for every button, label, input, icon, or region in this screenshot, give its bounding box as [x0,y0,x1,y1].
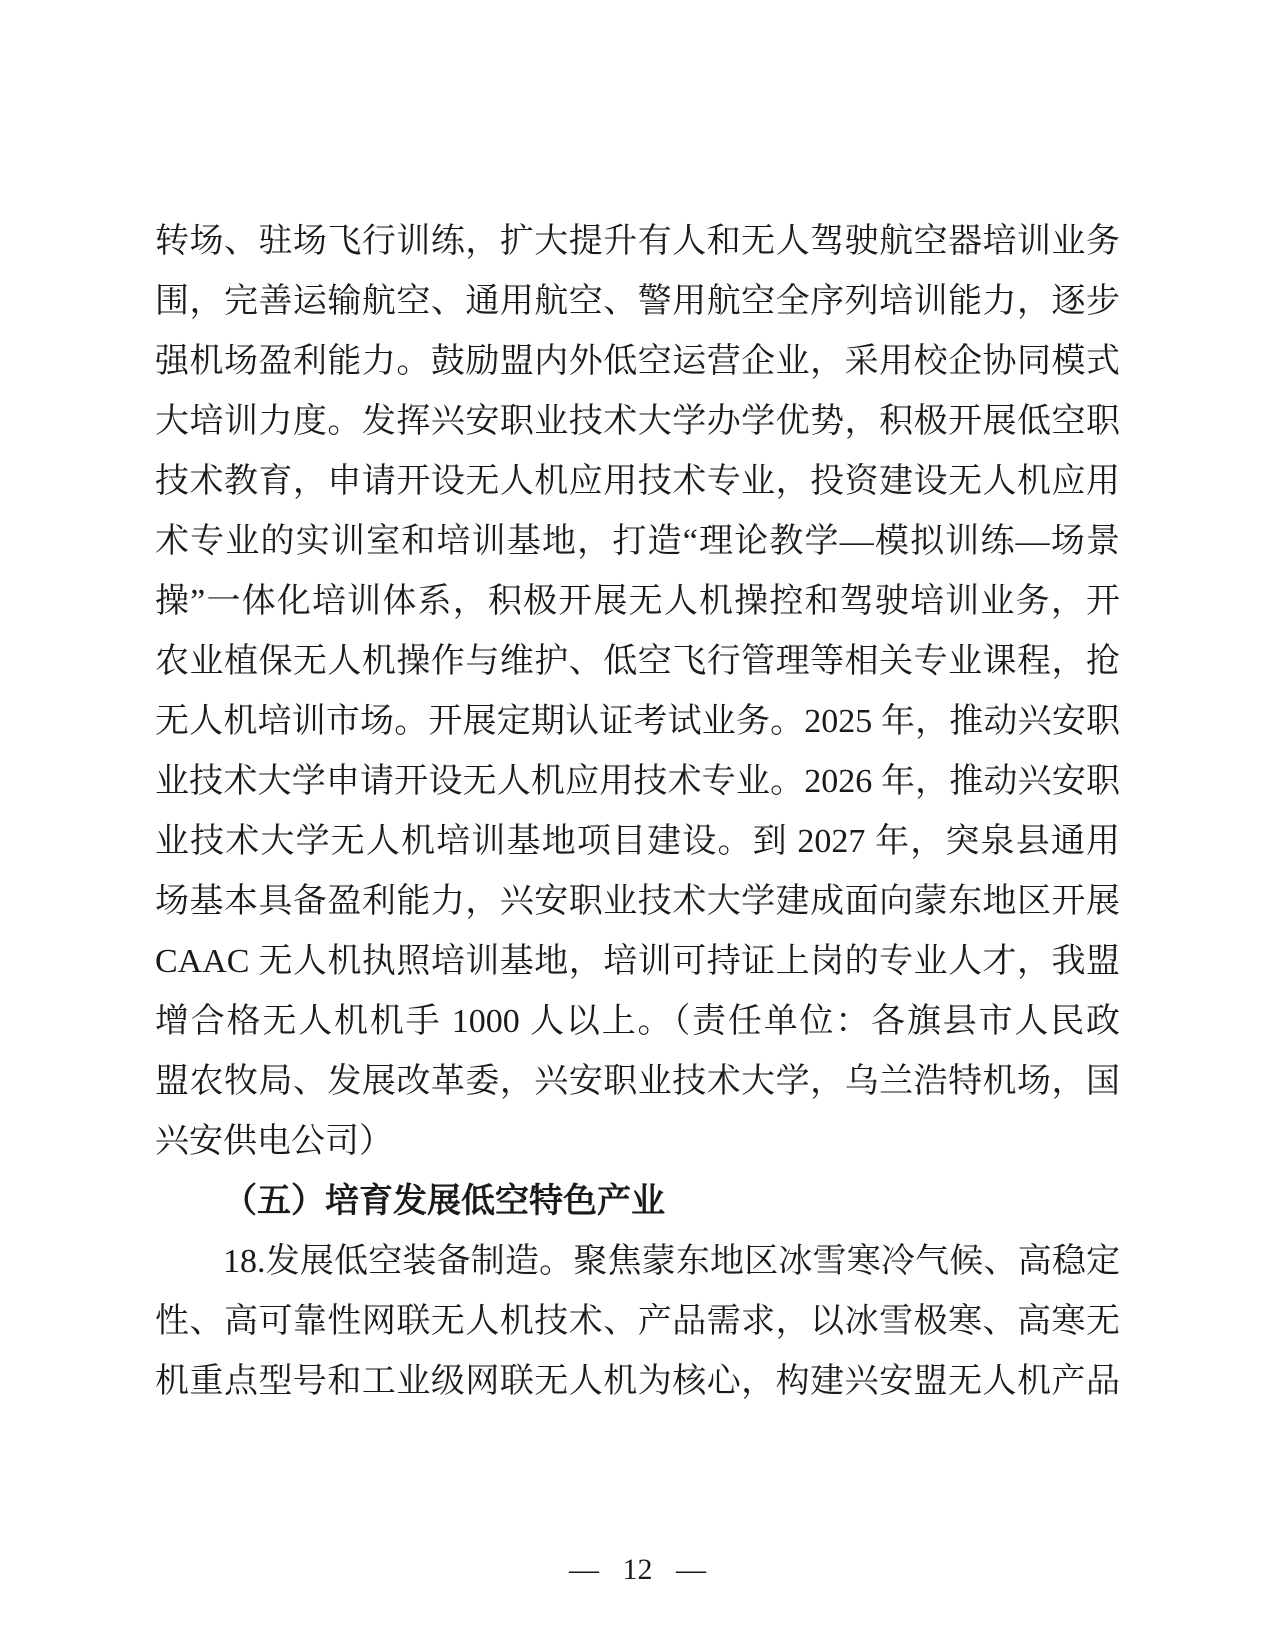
body-line: 围，完善运输航空、通用航空、警用航空全序列培训能力，逐步增 [155,272,1120,332]
body-line: 业技术大学申请开设无人机应用技术专业。2026 年，推动兴安职 [155,752,1120,812]
body-line: 强机场盈利能力。鼓励盟内外低空运营企业，采用校企协同模式加 [155,332,1120,392]
document-body: 转场、驻场飞行训练，扩大提升有人和无人驾驶航空器培训业务范 围，完善运输航空、通… [155,212,1120,1412]
footer-right-dash: — [676,1548,706,1592]
body-line: CAAC 无人机执照培训基地，培训可持证上岗的专业人才，我盟新 [155,932,1120,992]
body-line: 盟农牧局、发展改革委，兴安职业技术大学，乌兰浩特机场，国网 [155,1052,1120,1112]
body-line: 转场、驻场飞行训练，扩大提升有人和无人驾驶航空器培训业务范 [155,212,1120,272]
body-line: 增合格无人机机手 1000 人以上。（责任单位：各旗县市人民政府， [155,992,1120,1052]
document-page: 转场、驻场飞行训练，扩大提升有人和无人驾驶航空器培训业务范 围，完善运输航空、通… [0,0,1275,1650]
page-number-footer: — 12 — [0,1548,1275,1592]
body-line: 兴安供电公司） [155,1112,1120,1172]
body-line: 机重点型号和工业级网联无人机为核心，构建兴安盟无人机产品研 [155,1352,1120,1412]
page-number: 12 [623,1548,653,1592]
body-line: 业技术大学无人机培训基地项目建设。到 2027 年，突泉县通用机 [155,812,1120,872]
section-heading: （五）培育发展低空特色产业 [155,1172,1120,1232]
body-line: 操”一体化培训体系，积极开展无人机操控和驾驶培训业务，开设 [155,572,1120,632]
body-line: 性、高可靠性网联无人机技术、产品需求，以冰雪极寒、高寒无人 [155,1292,1120,1352]
body-line: 技术教育，申请开设无人机应用技术专业，投资建设无人机应用技 [155,452,1120,512]
body-line: 大培训力度。发挥兴安职业技术大学办学优势，积极开展低空职业 [155,392,1120,452]
body-line: 18.发展低空装备制造。聚焦蒙东地区冰雪寒冷气候、高稳定 [155,1232,1120,1292]
footer-left-dash: — [569,1548,599,1592]
body-line: 场基本具备盈利能力，兴安职业技术大学建成面向蒙东地区开展 [155,872,1120,932]
body-line: 农业植保无人机操作与维护、低空飞行管理等相关专业课程，抢占 [155,632,1120,692]
body-line: 术专业的实训室和培训基地，打造“理论教学—模拟训练—场景实 [155,512,1120,572]
body-line: 无人机培训市场。开展定期认证考试业务。2025 年，推动兴安职 [155,692,1120,752]
